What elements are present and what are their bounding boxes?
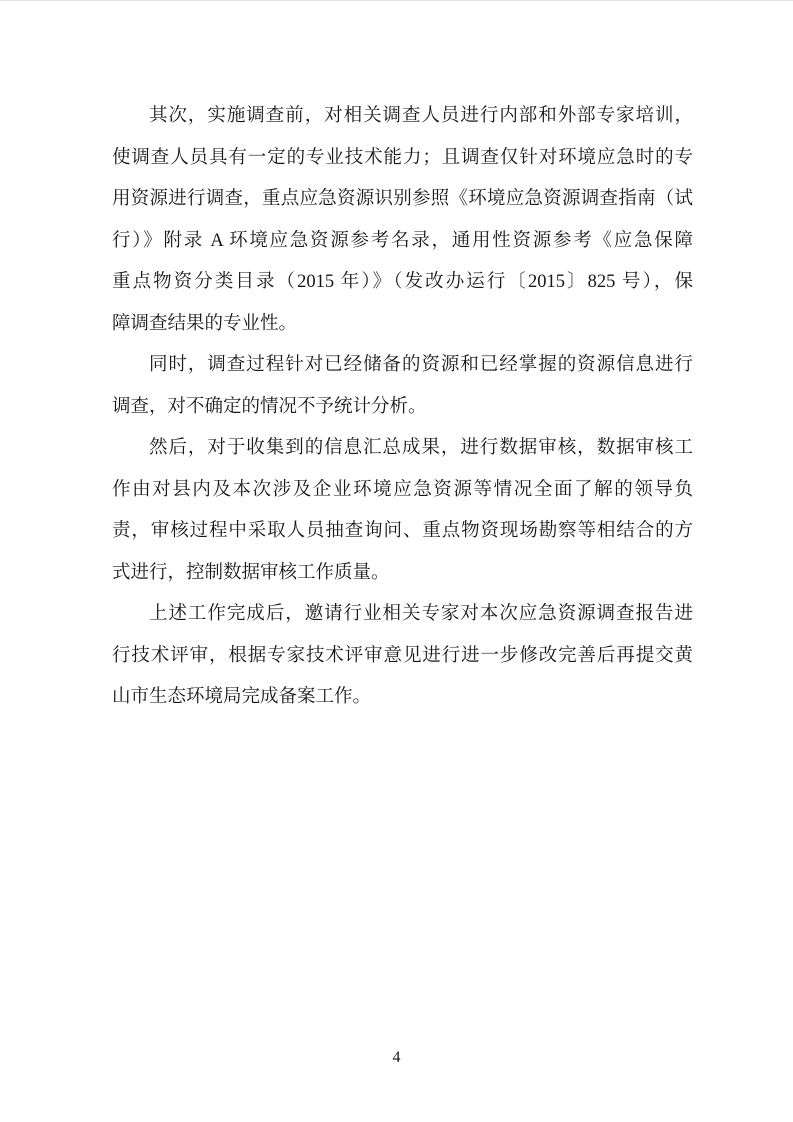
- paragraph-3: 然后，对于收集到的信息汇总成果，进行数据审核，数据审核工 作由对县内及本次涉及企…: [112, 428, 693, 594]
- text-line: 用资源进行调查，重点应急资源识别参照《环境应急资源调查指南（试: [112, 179, 693, 221]
- text-line: 行技术评审，根据专家技术评审意见进行进一步修改完善后再提交黄: [112, 636, 693, 678]
- text-line: 山市生态环境局完成备案工作。: [112, 677, 693, 719]
- text-line: 作由对县内及本次涉及企业环境应急资源等情况全面了解的领导负: [112, 470, 693, 512]
- page-footer: 4: [0, 1048, 793, 1068]
- document-body: 其次，实施调查前，对相关调查人员进行内部和外部专家培训， 使调查人员具有一定的专…: [112, 96, 693, 719]
- document-page: 其次，实施调查前，对相关调查人员进行内部和外部专家培训， 使调查人员具有一定的专…: [0, 0, 793, 1122]
- text-line: 责，审核过程中采取人员抽查询问、重点物资现场勘察等相结合的方: [112, 511, 693, 553]
- text-line: 使调查人员具有一定的专业技术能力；且调查仅针对环境应急时的专: [112, 138, 693, 180]
- text-line: 其次，实施调查前，对相关调查人员进行内部和外部专家培训，: [112, 96, 693, 138]
- page-number: 4: [393, 1049, 401, 1066]
- text-line: 式进行，控制数据审核工作质量。: [112, 553, 693, 595]
- text-line: 同时，调查过程针对已经储备的资源和已经掌握的资源信息进行: [112, 345, 693, 387]
- text-line: 调查，对不确定的情况不予统计分析。: [112, 387, 693, 429]
- text-line: 障调查结果的专业性。: [112, 304, 693, 346]
- paragraph-4: 上述工作完成后，邀请行业相关专家对本次应急资源调查报告进 行技术评审，根据专家技…: [112, 594, 693, 719]
- paragraph-1: 其次，实施调查前，对相关调查人员进行内部和外部专家培训， 使调查人员具有一定的专…: [112, 96, 693, 345]
- text-line: 重点物资分类目录（2015 年）》（发改办运行〔2015〕825 号），保: [112, 262, 693, 304]
- paragraph-2: 同时，调查过程针对已经储备的资源和已经掌握的资源信息进行 调查，对不确定的情况不…: [112, 345, 693, 428]
- text-line: 然后，对于收集到的信息汇总成果，进行数据审核，数据审核工: [112, 428, 693, 470]
- text-line: 行）》附录 A 环境应急资源参考名录，通用性资源参考《应急保障: [112, 221, 693, 263]
- text-line: 上述工作完成后，邀请行业相关专家对本次应急资源调查报告进: [112, 594, 693, 636]
